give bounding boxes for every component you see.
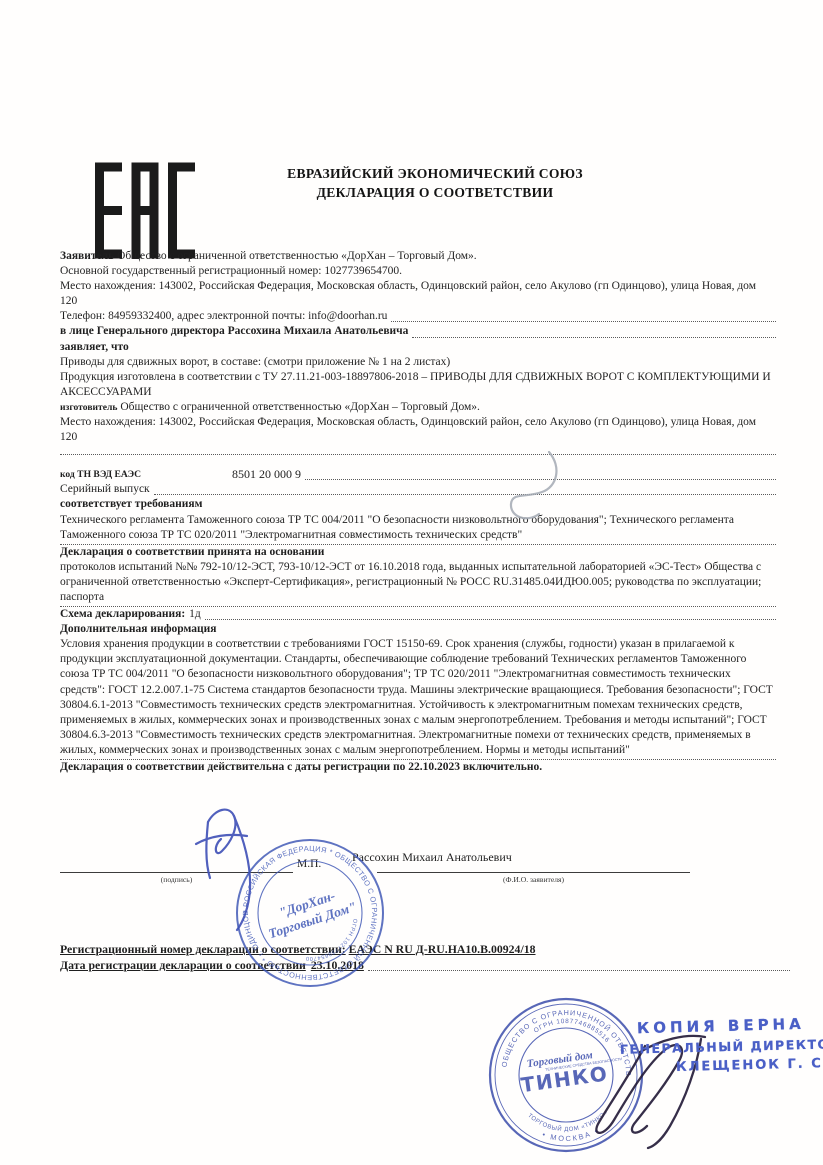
applicant-phone: Телефон: 84959332400, адрес электронной … bbox=[60, 309, 387, 324]
signature-line bbox=[60, 872, 293, 873]
svg-text:• МОСКВА •: • МОСКВА • bbox=[541, 1125, 601, 1143]
additional-text: Условия хранения продукции в соответстви… bbox=[60, 637, 776, 760]
dotted-leader bbox=[368, 969, 790, 971]
dotted-leader bbox=[154, 493, 776, 495]
registration-block: Регистрационный номер декларации о соотв… bbox=[60, 942, 790, 973]
copy-verified-stamp-line3: КЛЕЩЕНОК Г. С. bbox=[676, 1056, 823, 1075]
tinko-inner-top: ОГРН 1087746885516 bbox=[533, 1018, 611, 1044]
basis-label: Декларация о соответствии принята на осн… bbox=[60, 545, 776, 560]
seal-place-label: М.П. bbox=[297, 858, 321, 870]
registration-number-value: ЕАЭС N RU Д-RU.НА10.В.00924/18 bbox=[349, 942, 536, 956]
applicant-label: Заявитель bbox=[60, 250, 114, 262]
fio-line bbox=[377, 872, 690, 873]
dorhan-center-line1: "ДорХан- bbox=[277, 888, 337, 920]
conforms-label-text: соответствует требованиям bbox=[60, 498, 202, 510]
fio-caption: (Ф.И.О. заявителя) bbox=[377, 875, 690, 884]
manufacturer-line: изготовитель Общество с ограниченной отв… bbox=[60, 400, 776, 415]
basis-label-text: Декларация о соответствии принята на осн… bbox=[60, 546, 324, 558]
tinko-center-small: ТЕХНИЧЕСКИЕ СРЕДСТВА БЕЗОПАСНОСТИ bbox=[545, 1057, 623, 1072]
page-title: ЕВРАЗИЙСКИЙ ЭКОНОМИЧЕСКИЙ СОЮЗ ДЕКЛАРАЦИ… bbox=[250, 165, 620, 202]
tinko-ring-bottom: • МОСКВА • bbox=[541, 1125, 601, 1143]
conforms-text: Технического регламента Таможенного союз… bbox=[60, 513, 776, 545]
applicant-address: Место нахождения: 143002, Российская Фед… bbox=[60, 279, 776, 309]
dotted-rule bbox=[60, 453, 776, 455]
dotted-leader bbox=[305, 478, 776, 480]
document-body: Заявитель Общество с ограниченной ответс… bbox=[60, 249, 776, 775]
manufacturer-name: Общество с ограниченной ответственностью… bbox=[120, 401, 480, 413]
registration-date-value: 23.10.2018 bbox=[311, 958, 364, 974]
registration-date-row: Дата регистрации декларации о соответств… bbox=[60, 958, 790, 974]
additional-label: Дополнительная информация bbox=[60, 622, 776, 637]
scheme-row: Схема декларирования: 1д bbox=[60, 607, 776, 622]
in-person-row: в лице Генерального директора Рассохина … bbox=[60, 324, 776, 339]
applicant-signature bbox=[196, 810, 250, 930]
scheme-label: Схема декларирования: bbox=[60, 607, 185, 622]
declares-label: заявляет, что bbox=[60, 340, 776, 355]
copy-verified-stamp-line2: ГЕНЕРАЛЬНЫЙ ДИРЕКТОР bbox=[620, 1036, 823, 1057]
svg-text:ТОРГОВЫЙ ДОМ «ТИНКО»: ТОРГОВЫЙ ДОМ «ТИНКО» bbox=[526, 1109, 609, 1133]
serial-line: Серийный выпуск bbox=[60, 482, 150, 497]
tnved-row: код ТН ВЭД ЕАЭС 8501 20 000 9 bbox=[60, 467, 776, 482]
validity-line: Декларация о соответствии действительна … bbox=[60, 760, 776, 775]
tnved-code: 8501 20 000 9 bbox=[232, 467, 301, 482]
in-person-line: в лице Генерального директора Рассохина … bbox=[60, 324, 408, 339]
additional-label-text: Дополнительная информация bbox=[60, 623, 217, 635]
applicant-ogrn: Основной государственный регистрационный… bbox=[60, 264, 776, 279]
registration-number-label: Регистрационный номер декларации о соотв… bbox=[60, 942, 346, 956]
validity-text: Декларация о соответствии действительна … bbox=[60, 761, 542, 773]
applicant-phone-row: Телефон: 84959332400, адрес электронной … bbox=[60, 309, 776, 324]
basis-text: протоколов испытаний №№ 792-10/12-ЭСТ, 7… bbox=[60, 560, 776, 607]
applicant-fio: Рассохин Михаил Анатольевич bbox=[352, 850, 512, 865]
scheme-value: 1д bbox=[189, 607, 201, 622]
registration-date-label: Дата регистрации декларации о соответств… bbox=[60, 958, 306, 974]
tinko-inner-bottom: ТОРГОВЫЙ ДОМ «ТИНКО» bbox=[526, 1109, 609, 1133]
title-declaration: ДЕКЛАРАЦИЯ О СООТВЕТСТВИИ bbox=[250, 184, 620, 203]
manufacturer-label: изготовитель bbox=[60, 402, 117, 413]
production-line: Продукция изготовлена в соответствии с Т… bbox=[60, 370, 776, 400]
applicant-name: Общество с ограниченной ответственностью… bbox=[117, 250, 477, 262]
signature-caption: (подпись) bbox=[60, 875, 293, 884]
tinko-center-top: Торговый дом bbox=[526, 1049, 594, 1070]
serial-row: Серийный выпуск bbox=[60, 482, 776, 497]
product-line: Приводы для сдвижных ворот, в составе: (… bbox=[60, 355, 776, 370]
dotted-leader bbox=[391, 320, 776, 322]
manufacturer-address: Место нахождения: 143002, Российская Фед… bbox=[60, 415, 776, 445]
tinko-center-logo: ТИНКО bbox=[519, 1061, 609, 1097]
dotted-leader bbox=[205, 618, 776, 620]
dorhan-center-line2: Торговый Дом" bbox=[266, 899, 358, 942]
svg-text:ОГРН 1087746885516: ОГРН 1087746885516 bbox=[533, 1018, 611, 1044]
copy-verified-stamp-line1: КОПИЯ ВЕРНА bbox=[637, 1015, 805, 1037]
title-union: ЕВРАЗИЙСКИЙ ЭКОНОМИЧЕСКИЙ СОЮЗ bbox=[250, 165, 620, 184]
registration-number-row: Регистрационный номер декларации о соотв… bbox=[60, 942, 790, 958]
declares-label-text: заявляет, что bbox=[60, 341, 129, 353]
dotted-leader bbox=[412, 336, 776, 338]
tnved-label: код ТН ВЭД ЕАЭС bbox=[60, 467, 232, 482]
eac-logo bbox=[95, 162, 195, 259]
applicant-line: Заявитель Общество с ограниченной ответс… bbox=[60, 249, 776, 264]
conforms-label: соответствует требованиям bbox=[60, 497, 776, 512]
declaration-document: ЕВРАЗИЙСКИЙ ЭКОНОМИЧЕСКИЙ СОЮЗ ДЕКЛАРАЦИ… bbox=[0, 0, 823, 1165]
